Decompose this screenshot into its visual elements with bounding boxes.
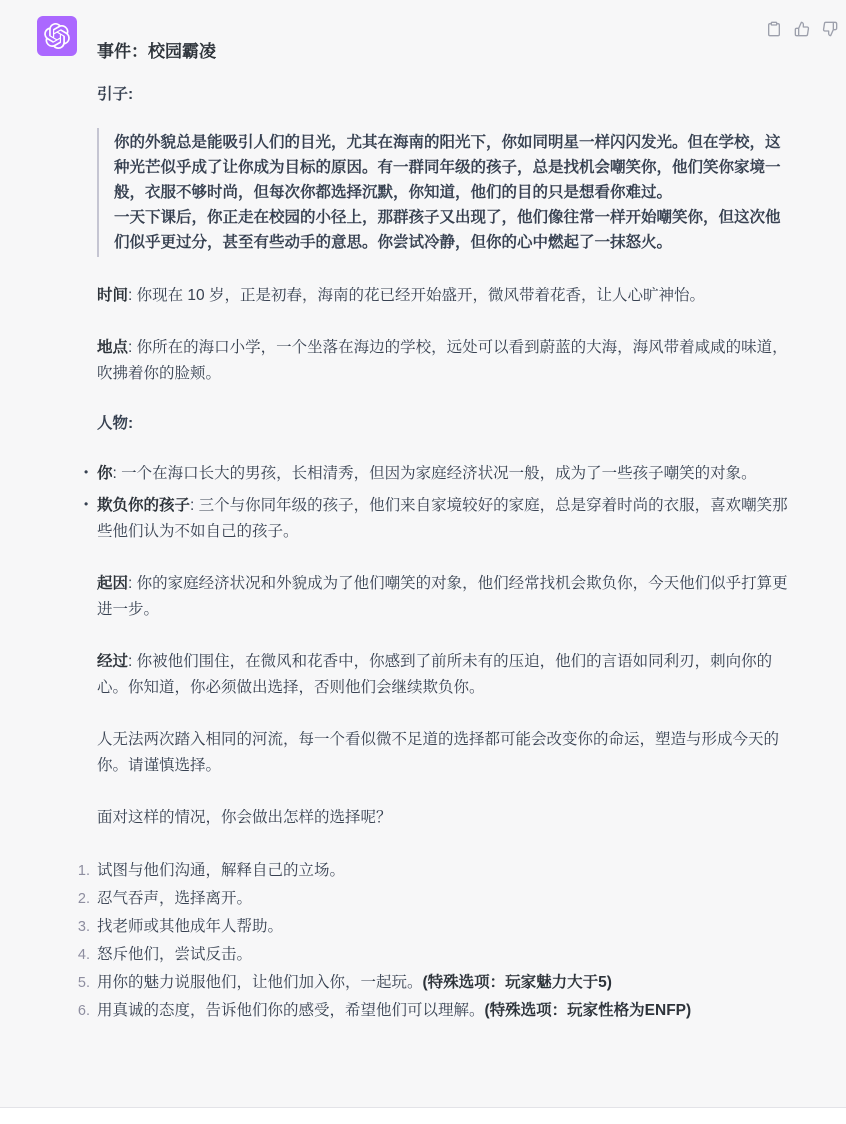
choice-text: 怒斥他们，尝试反击。 — [97, 946, 252, 963]
choice-special-condition: (特殊选项：玩家性格为ENFP) — [485, 1002, 692, 1019]
intro-quote: 你的外貌总是能吸引人们的目光，尤其在海南的阳光下，你如同明星一样闪闪发光。但在学… — [97, 128, 792, 257]
event-title: 事件：校园霸凌 — [97, 40, 792, 64]
message-content: 事件：校园霸凌 引子: 你的外貌总是能吸引人们的目光，尤其在海南的阳光下，你如同… — [97, 16, 792, 1025]
thumbs-up-icon — [794, 21, 810, 37]
assistant-message: 事件：校园霸凌 引子: 你的外貌总是能吸引人们的目光，尤其在海南的阳光下，你如同… — [0, 0, 846, 1108]
choice-option-6: 用真诚的态度，告诉他们你的感受，希望他们可以理解。(特殊选项：玩家性格为ENFP… — [97, 997, 792, 1025]
field-place: 地点: 你所在的海口小学，一个坐落在海边的学校，远处可以看到蔚蓝的大海，海风带着… — [97, 335, 792, 387]
choice-text: 试图与他们沟通，解释自己的立场。 — [97, 862, 345, 879]
field-text: : 你的家庭经济状况和外貌成为了他们嘲笑的对象，他们经常找机会欺负你，今天他们似… — [97, 575, 788, 618]
choice-option-5: 用你的魅力说服他们，让他们加入你，一起玩。(特殊选项：玩家魅力大于5) — [97, 969, 792, 997]
choice-option-1: 试图与他们沟通，解释自己的立场。 — [97, 857, 792, 885]
field-cause: 起因: 你的家庭经济状况和外貌成为了他们嘲笑的对象，他们经常找机会欺负你，今天他… — [97, 571, 792, 623]
choice-option-4: 怒斥他们，尝试反击。 — [97, 941, 792, 969]
copy-icon — [766, 21, 782, 37]
choice-option-2: 忍气吞声，选择离开。 — [97, 885, 792, 913]
thumbs-down-button[interactable] — [822, 21, 838, 37]
choice-text: 找老师或其他成年人帮助。 — [97, 918, 283, 935]
message-actions — [766, 21, 838, 37]
assistant-avatar — [37, 16, 77, 56]
choice-text: 忍气吞声，选择离开。 — [97, 890, 252, 907]
choices-list: 试图与他们沟通，解释自己的立场。 忍气吞声，选择离开。 找老师或其他成年人帮助。… — [97, 857, 792, 1025]
quote-paragraph: 一天下课后，你正走在校园的小径上，那群孩子又出现了，他们像往常一样开始嘲笑你，但… — [114, 205, 792, 255]
field-process: 经过: 你被他们围住，在微风和花香中，你感到了前所未有的压迫，他们的言语如同利刃… — [97, 649, 792, 701]
choice-special-condition: (特殊选项：玩家魅力大于5) — [423, 974, 612, 991]
field-label: 时间 — [97, 287, 128, 304]
choice-text: 用你的魅力说服他们，让他们加入你，一起玩。 — [97, 974, 423, 991]
character-text: : 三个与你同年级的孩子，他们来自家境较好的家庭，总是穿着时尚的衣服，喜欢嘲笑那… — [97, 497, 788, 540]
choice-option-3: 找老师或其他成年人帮助。 — [97, 913, 792, 941]
openai-logo-icon — [44, 23, 70, 49]
character-text: : 一个在海口长大的男孩，长相清秀，但因为家庭经济状况一般，成为了一些孩子嘲笑的… — [113, 465, 757, 482]
characters-list: 你: 一个在海口长大的男孩，长相清秀，但因为家庭经济状况一般，成为了一些孩子嘲笑… — [97, 461, 792, 545]
thumbs-up-button[interactable] — [794, 21, 810, 37]
field-label: 经过 — [97, 653, 128, 670]
list-item: 你: 一个在海口长大的男孩，长相清秀，但因为家庭经济状况一般，成为了一些孩子嘲笑… — [97, 461, 792, 487]
intro-label: 引子: — [97, 84, 792, 106]
field-label: 地点 — [97, 339, 128, 356]
character-label: 你 — [97, 465, 113, 482]
philosophy-paragraph: 人无法两次踏入相同的河流，每一个看似微不足道的选择都可能会改变你的命运，塑造与形… — [97, 727, 792, 779]
field-time: 时间: 你现在 10 岁，正是初春，海南的花已经开始盛开，微风带着花香，让人心旷… — [97, 283, 792, 309]
field-text: : 你被他们围住，在微风和花香中，你感到了前所未有的压迫，他们的言语如同利刃，刺… — [97, 653, 772, 696]
choice-text: 用真诚的态度，告诉他们你的感受，希望他们可以理解。 — [97, 1002, 485, 1019]
thumbs-down-icon — [822, 21, 838, 37]
field-text: : 你现在 10 岁，正是初春，海南的花已经开始盛开，微风带着花香，让人心旷神怡… — [128, 287, 705, 304]
copy-button[interactable] — [766, 21, 782, 37]
field-label: 起因 — [97, 575, 128, 592]
character-label: 欺负你的孩子 — [97, 497, 190, 514]
list-item: 欺负你的孩子: 三个与你同年级的孩子，他们来自家境较好的家庭，总是穿着时尚的衣服… — [97, 493, 792, 545]
characters-label: 人物: — [97, 413, 792, 435]
field-text: : 你所在的海口小学，一个坐落在海边的学校，远处可以看到蔚蓝的大海，海风带着咸咸… — [97, 339, 788, 382]
quote-paragraph: 你的外貌总是能吸引人们的目光，尤其在海南的阳光下，你如同明星一样闪闪发光。但在学… — [114, 130, 792, 205]
question-paragraph: 面对这样的情况，你会做出怎样的选择呢？ — [97, 805, 792, 831]
